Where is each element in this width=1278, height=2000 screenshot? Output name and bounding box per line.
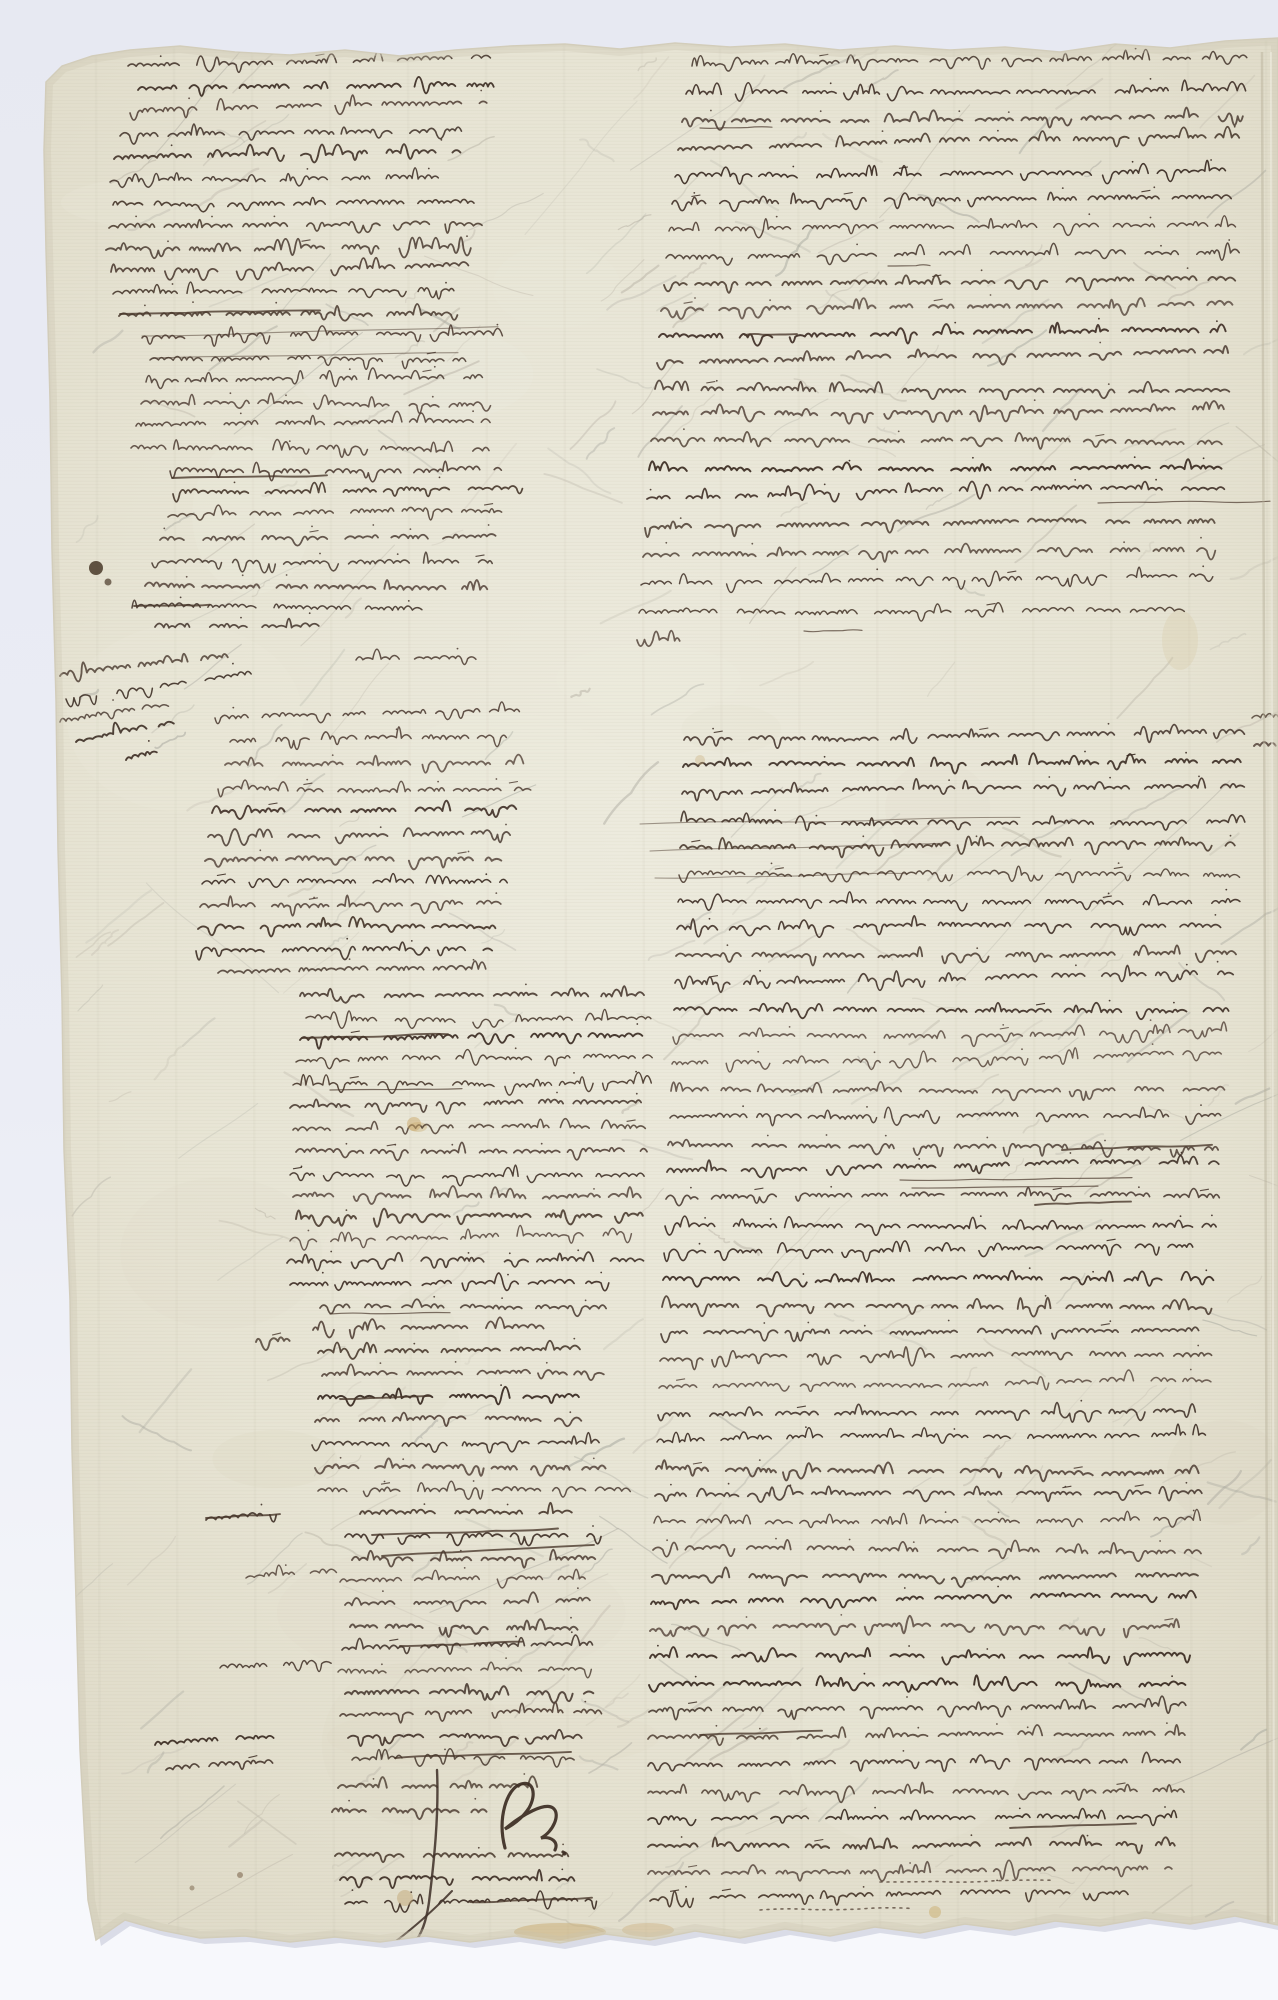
- paper-texture: [0, 0, 1278, 2000]
- scanned-manuscript: Aged cream laid-paper leaf with torn dec…: [0, 0, 1278, 2000]
- manuscript-scan-canvas: [0, 0, 1278, 2000]
